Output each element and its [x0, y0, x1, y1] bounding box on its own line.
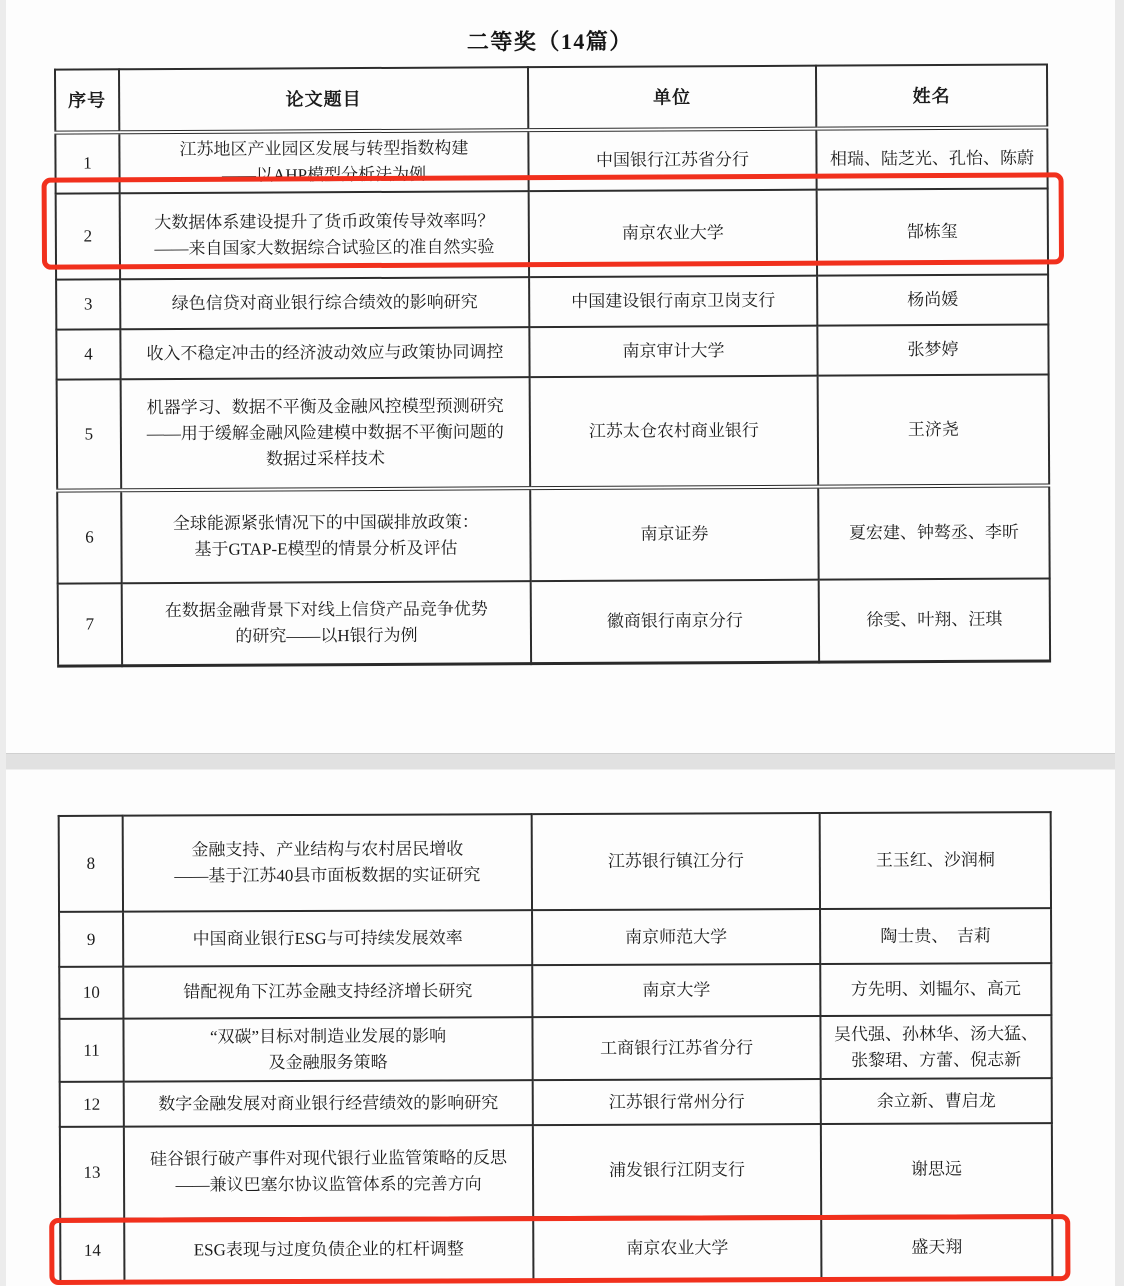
- table-row: 9中国商业银行ESG与可持续发展效率南京师范大学陶士贵、 吉莉: [59, 908, 1051, 967]
- page-2: 8金融支持、产业结构与农村居民增收——基于江苏40县市面板数据的实证研究江苏银行…: [0, 0, 1124, 1286]
- author-names: 谢思远: [821, 1123, 1052, 1217]
- row-number: 13: [60, 1127, 124, 1220]
- organization: 南京大学: [532, 964, 820, 1017]
- scan-edge-right: [1115, 0, 1124, 1286]
- table-row: 10错配视角下江苏金融支持经济增长研究南京大学方先明、刘韫尔、高元: [59, 963, 1051, 1019]
- author-names: 吴代强、孙林华、汤大猛、张黎珺、方蕾、倪志新: [820, 1015, 1051, 1079]
- paper-title: 硅谷银行破产事件对现代银行业监管策略的反思——兼议巴塞尔协议监管体系的完善方向: [124, 1125, 533, 1220]
- row-number: 8: [59, 816, 123, 912]
- table-row: 8金融支持、产业结构与农村居民增收——基于江苏40县市面板数据的实证研究江苏银行…: [59, 812, 1051, 912]
- paper-title: 错配视角下江苏金融支持经济增长研究: [123, 965, 532, 1019]
- author-names: 余立新、曹启龙: [821, 1078, 1052, 1124]
- page-separator-band: [0, 753, 1124, 770]
- award-table-page2: 8金融支持、产业结构与农村居民增收——基于江苏40县市面板数据的实证研究江苏银行…: [58, 811, 1054, 1283]
- scan-edge-left: [0, 0, 6, 1286]
- author-names: 王玉红、沙润桐: [820, 812, 1051, 909]
- highlight-box-row-14: [49, 1214, 1070, 1285]
- organization: 工商银行江苏省分行: [532, 1016, 820, 1080]
- scanned-award-document: { "title": "二等奖（14篇）", "columns": ["序号",…: [0, 0, 1124, 1286]
- table-row: 13硅谷银行破产事件对现代银行业监管策略的反思——兼议巴塞尔协议监管体系的完善方…: [60, 1123, 1052, 1220]
- author-names: 陶士贵、 吉莉: [820, 908, 1051, 964]
- organization: 江苏银行常州分行: [533, 1079, 821, 1125]
- row-number: 12: [60, 1082, 124, 1127]
- row-number: 9: [59, 912, 123, 967]
- author-names: 方先明、刘韫尔、高元: [820, 963, 1051, 1016]
- paper-title: “双碳”目标对制造业发展的影响及金融服务策略: [123, 1017, 532, 1082]
- organization: 浦发银行江阴支行: [533, 1124, 821, 1218]
- paper-title: 金融支持、产业结构与农村居民增收——基于江苏40县市面板数据的实证研究: [123, 814, 532, 912]
- paper-title: 中国商业银行ESG与可持续发展效率: [123, 910, 532, 967]
- organization: 南京师范大学: [532, 909, 820, 965]
- table-row: 11“双碳”目标对制造业发展的影响及金融服务策略工商银行江苏省分行吴代强、孙林华…: [59, 1015, 1051, 1082]
- table-row: 12数字金融发展对商业银行经营绩效的影响研究江苏银行常州分行余立新、曹启龙: [60, 1078, 1052, 1127]
- paper-title: 数字金融发展对商业银行经营绩效的影响研究: [124, 1080, 533, 1127]
- row-number: 10: [59, 967, 123, 1019]
- row-number: 11: [59, 1019, 123, 1082]
- organization: 江苏银行镇江分行: [532, 813, 820, 910]
- table-body-page2: 8金融支持、产业结构与农村居民增收——基于江苏40县市面板数据的实证研究江苏银行…: [59, 812, 1053, 1282]
